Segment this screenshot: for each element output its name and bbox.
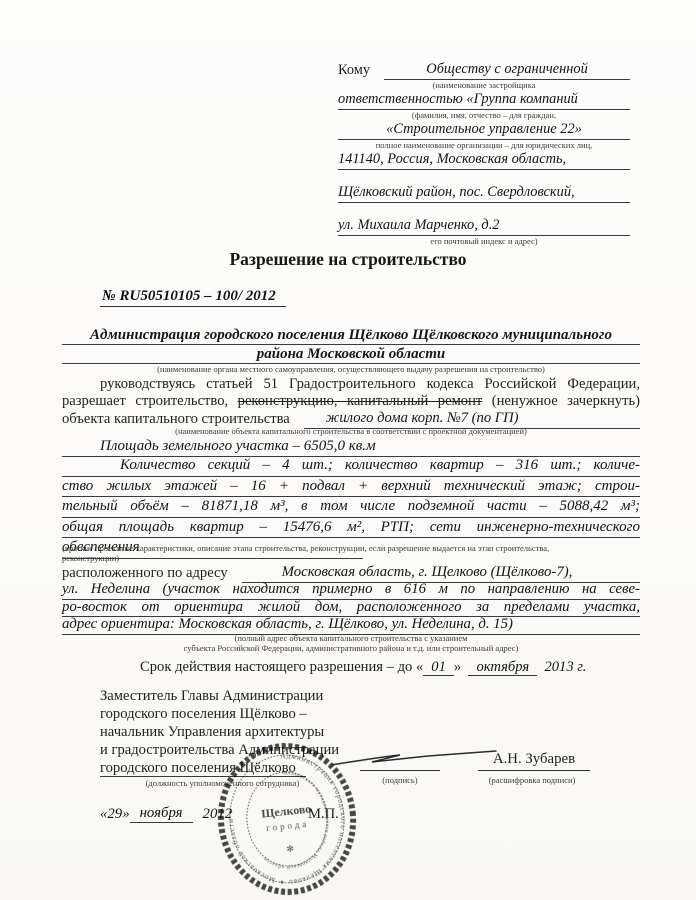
developer-address-3: ул. Михаила Марченко, д.2 [338,216,630,236]
developer-name-part1: Обществу с ограниченной [384,60,630,80]
address-line-1: расположенного по адресу Московская обла… [62,563,640,583]
specs-line-1: Количество секций – 4 шт.; количество кв… [62,456,640,477]
developer-address-2: Щёлковский район, пос. Свердловский, [338,183,630,203]
to-label: Кому [338,61,384,80]
object-caption: (наименование объекта капитального строи… [62,426,640,436]
validity-month: октября [468,659,537,676]
authority-block: Администрация городского поселения Щёлко… [62,326,640,364]
caption-person: (фамилия, имя, отчество – для граждан, [338,110,630,120]
struck-options: реконструкцию, капитальный ремонт [238,393,483,409]
validity-day: 01 [423,659,454,676]
permit-number: № RU50510105 – 100/ 2012 [100,288,286,307]
specs-line-4: общая площадь квартир – 15476,6 м², РТП;… [62,518,640,539]
issue-date-month: ноября [130,805,193,823]
specs-caption-2: реконструкции) [62,553,640,563]
developer-address-1: 141140, Россия, Московская область, [338,150,630,170]
developer-name-part3: «Строительное управление 22» [338,120,630,140]
handwritten-signature [328,746,502,770]
specs-line-3: тельный объём – 81871,18 м³, в том числе… [62,497,640,518]
stamp-center-text-2: города [266,819,310,833]
official-line-1: Заместитель Главы Администрации [100,687,358,705]
caption-postal: его почтовый индекс и адрес) [338,236,630,246]
issue-date-day: «29» [100,806,130,823]
address-value-3: ро-восток от ориентира жилой дом, распол… [62,599,640,618]
address-caption-1: (полный адрес объекта капитального строи… [62,633,640,643]
validity-line: Срок действия настоящего разрешения – до… [140,658,586,677]
cross-out-note: (ненужное зачеркнуть) [492,393,640,409]
address-caption-2: субъекта Российской Федерации, администр… [62,643,640,653]
stamp-center-text-1: Щелково [261,801,312,820]
validity-year: 2013 г. [544,659,586,675]
authority-line-2: района Московской области [62,345,640,364]
validity-prefix: Срок действия настоящего разрешения – до… [140,659,423,675]
address-value-4: адрес ориентира: Московская область, г. … [62,616,640,635]
addressee-block: Кому Обществу с ограниченной (наименован… [338,60,630,246]
specs-line-2: ство жилых этажей – 16 + подвал + верхни… [62,477,640,498]
validity-close-quote: » [454,659,461,675]
caption-org: полное наименование организации – для юр… [338,140,630,150]
authority-caption: (наименование органа местного самоуправл… [62,364,640,374]
spacer [338,170,630,183]
specs-caption-1: (краткие проектные характеристики, описа… [62,543,640,553]
developer-name-part2: ответственностью «Группа компаний [338,90,630,110]
land-area-line: Площадь земельного участка – 6505,0 кв.м [62,437,640,457]
authority-line-1: Администрация городского поселения Щёлко… [62,326,640,345]
address-value-2: ул. Неделина (участок находится примерно… [62,581,640,600]
permits-prefix: разрешает строительство, [62,393,228,409]
address-value-1: Московская область, г. Щелково (Щёлково-… [242,563,640,583]
document-title: Разрешение на строительство [0,249,696,270]
addressee-to-row: Кому Обществу с ограниченной [338,60,630,80]
caption-developer: (наименование застройщика [338,80,630,90]
signer-name-caption: (расшифровка подписи) [462,775,602,785]
scanned-permit-document: Кому Обществу с ограниченной (наименован… [0,0,696,900]
stamp-bottom-mark: ✻ [286,843,295,854]
official-line-2: городского поселения Щёлково – [100,705,358,723]
signature-caption: (подпись) [352,775,448,785]
spacer [338,203,630,216]
